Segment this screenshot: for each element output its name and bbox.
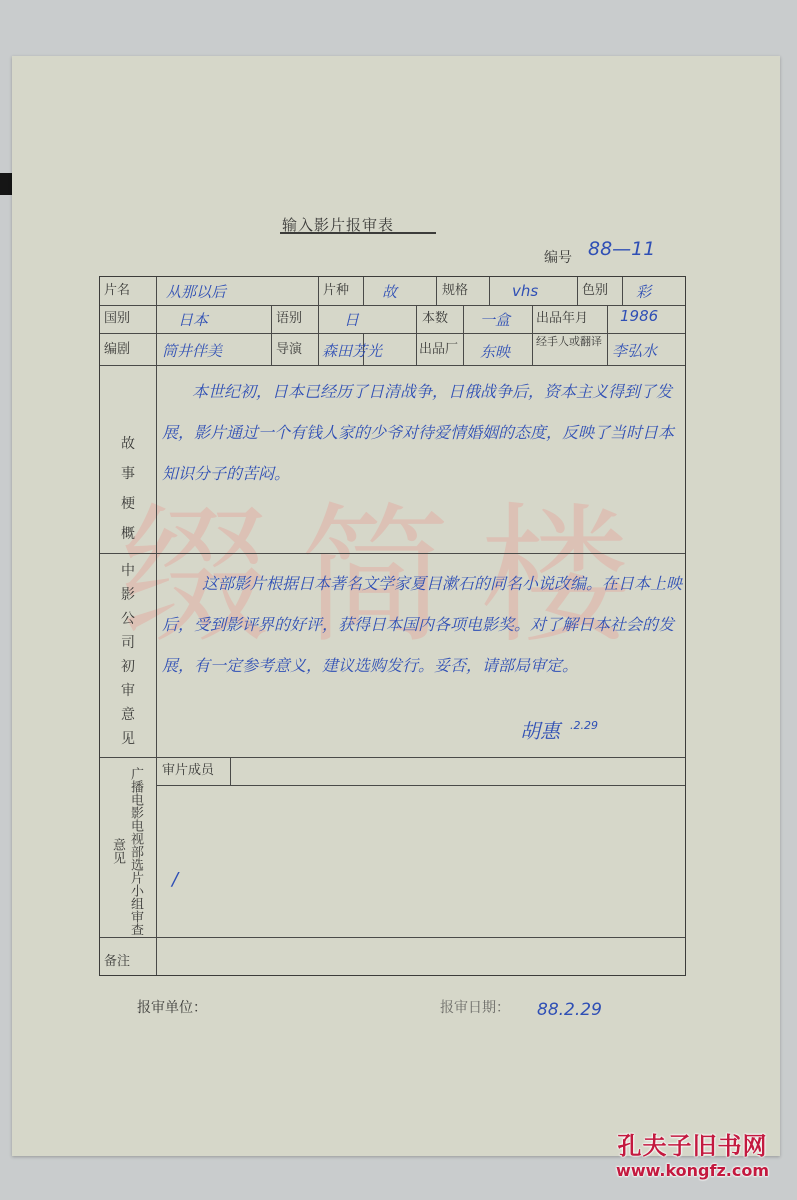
format-label: 规格 [442,284,468,298]
ministry-review-label: 广播电影电视部选片小组审查意见 [104,761,144,941]
screenwriter-label: 编剧 [104,343,130,357]
ministry-opinion-value: / [172,869,178,890]
row-divider [100,333,685,334]
production-year-label: 出品年月 [536,312,588,326]
row-divider [100,757,685,758]
color-label: 色别 [582,284,608,298]
column-divider [363,277,364,305]
film-name-value: 从那以后 [166,281,226,302]
column-divider [271,305,272,365]
studio-value: 东映 [480,341,510,362]
film-type-label: 片种 [323,284,349,298]
remarks-label: 备注 [104,955,130,969]
row-divider [156,785,685,786]
studio-label: 出品厂 [419,343,458,357]
column-divider [416,305,417,365]
column-divider [622,277,623,305]
color-value: 彩 [636,281,651,302]
serial-number-label: 编号 [544,247,572,267]
director-value: 森田芳光 [322,340,382,361]
site-logo-url: www.kongfz.com [616,1161,769,1180]
row-divider [100,305,685,306]
review-members-label: 审片成员 [162,764,214,778]
reviewer-signature: 胡惠 [520,715,560,744]
submitting-unit-label: 报审单位： [137,997,207,1017]
country-label: 国别 [104,312,130,326]
serial-number-value: 88—11 [588,238,655,260]
column-divider [436,277,437,305]
submission-date-label: 报审日期： [440,997,510,1017]
screenwriter-value: 筒井伴美 [162,340,222,361]
column-divider [230,757,231,785]
country-value: 日本 [178,309,208,330]
format-value: vhs [512,282,538,300]
column-divider [156,277,157,975]
column-divider [489,277,490,305]
site-logo: 孔夫子旧书网 www.kongfz.com [616,1126,769,1180]
column-divider [318,277,319,305]
column-divider [577,277,578,305]
handler-translator-value: 李弘水 [612,340,657,361]
column-divider [532,305,533,365]
film-name-label: 片名 [104,284,130,298]
language-value: 日 [344,309,359,330]
synopsis-label: 故事梗概 [119,429,137,549]
column-divider [607,305,608,365]
row-divider [100,365,685,366]
title-underline [280,232,436,234]
production-year-value: 1986 [620,307,658,325]
film-type-value: 故 [382,281,397,302]
handler-translator-label: 经手人或翻译 [536,336,604,348]
column-divider [318,305,319,365]
row-divider [100,553,685,554]
submission-date-value: 88.2.29 [537,1000,602,1020]
initial-review-label: 中影公司初审意见 [119,559,137,751]
director-label: 导演 [276,343,302,357]
language-label: 语别 [276,312,302,326]
reviewer-signature-date: .2.29 [570,719,598,732]
synopsis-text: 本世纪初，日本已经历了日清战争，日俄战争后，资本主义得到了发展，影片通过一个有钱… [162,371,682,494]
reels-value: 一盒 [480,309,510,330]
initial-review-text: 这部影片根据日本著名文学家夏目漱石的同名小说改编。在日本上映后，受到影评界的好评… [162,563,682,686]
row-divider [100,937,685,938]
site-logo-name: 孔夫子旧书网 [616,1126,769,1161]
column-divider [463,305,464,365]
review-form-table: 片名 从那以后 片种 故 规格 vhs 色别 彩 国别 日本 语别 日 本数 一… [99,276,686,976]
reels-label: 本数 [422,312,448,326]
